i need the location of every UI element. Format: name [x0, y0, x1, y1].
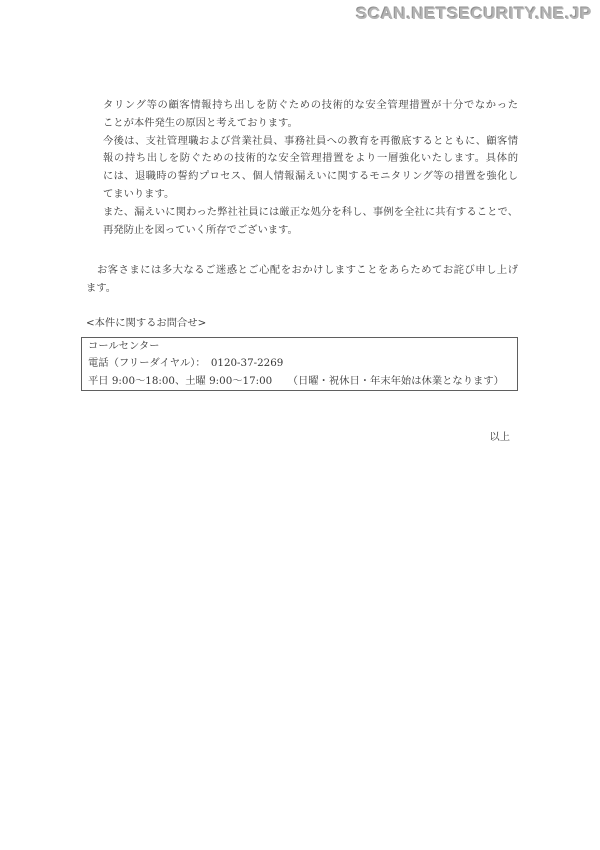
contact-call-center-label: コールセンター	[88, 338, 509, 356]
contact-section-heading: <本件に関するお問合せ>	[81, 315, 518, 333]
site-watermark: SCAN.NETSECURITY.NE.JP	[356, 4, 592, 24]
contact-phone-number: 電話（フリーダイヤル）： 0120-37-2269	[88, 355, 509, 373]
paragraph-line: には、退職時の誓約プロセス、個人情報漏えいに関するモニタリング等の措置を強化し	[103, 168, 518, 186]
paragraph-line: てまいります。	[103, 186, 518, 204]
paragraph-line: お客さまには多大なるご迷惑とご心配をおかけしますことをあらためてお詫び申し上げ	[86, 262, 518, 280]
contact-info-box: コールセンター 電話（フリーダイヤル）： 0120-37-2269 平日 9:0…	[81, 337, 518, 392]
paragraph-line: また、漏えいに関わった弊社社員には厳正な処分を科し、事例を全社に共有することで、	[103, 204, 518, 222]
document-body: タリング等の顧客情報持ち出しを防ぐための技術的な安全管理措置が十分でなかった こ…	[81, 97, 518, 447]
paragraph-apology: お客さまには多大なるご迷惑とご心配をおかけしますことをあらためてお詫び申し上げ …	[81, 262, 518, 298]
paragraph-line: ことが本件発生の原因と考えております。	[103, 115, 518, 133]
paragraph-line: 今後は、支社管理職および営業社員、事務社員への教育を再徹底するとともに、顧客情	[103, 133, 518, 151]
paragraph-line: 報の持ち出しを防ぐための技術的な安全管理措置をより一層強化いたします。具体的	[103, 150, 518, 168]
contact-business-hours: 平日 9:00～18:00、土曜 9:00～17:00 （日曜・祝休日・年末年始…	[88, 373, 509, 391]
paragraph-line: ます。	[86, 280, 518, 298]
closing-ijou: 以上	[81, 429, 518, 447]
paragraph-line: 再発防止を図っていく所存でございます。	[103, 222, 518, 240]
paragraph-line: タリング等の顧客情報持ち出しを防ぐための技術的な安全管理措置が十分でなかった	[103, 97, 518, 115]
scanned-document-page: SCAN.NETSECURITY.NE.JP タリング等の顧客情報持ち出しを防ぐ…	[0, 0, 600, 850]
paragraph-cause-and-measures: タリング等の顧客情報持ち出しを防ぐための技術的な安全管理措置が十分でなかった こ…	[81, 97, 518, 239]
